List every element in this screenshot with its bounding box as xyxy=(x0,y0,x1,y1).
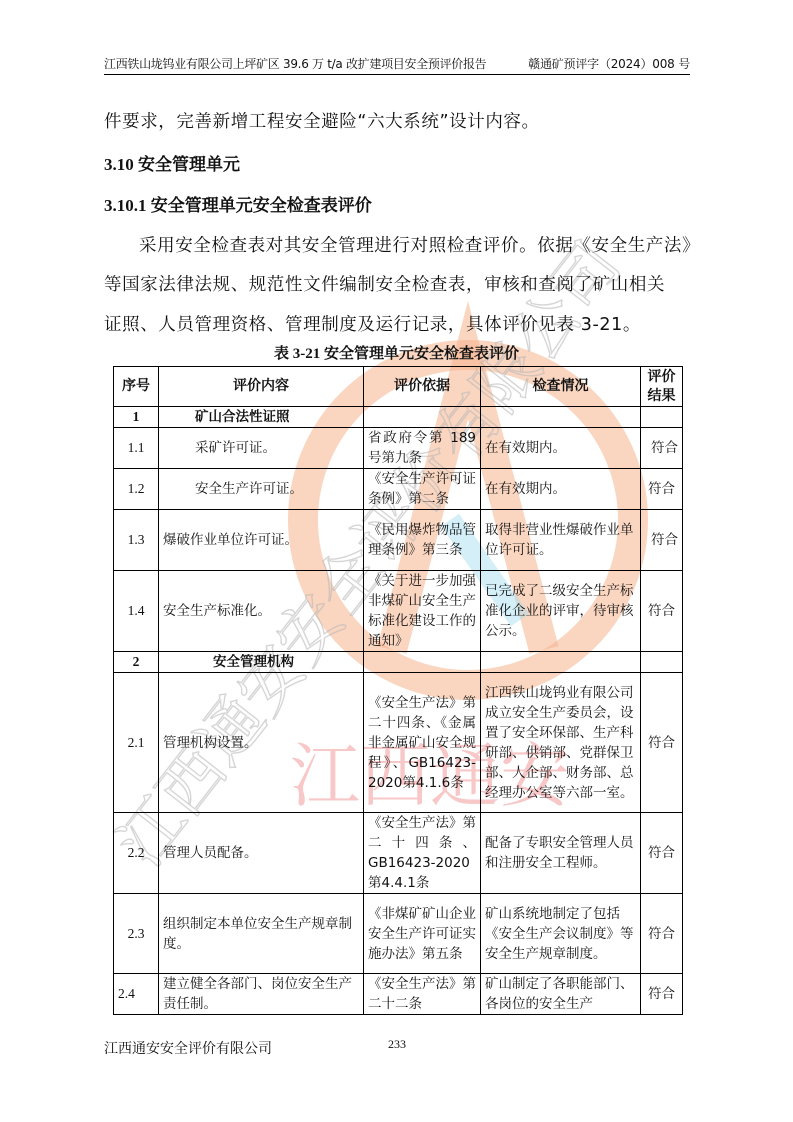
row-basis xyxy=(364,407,481,428)
table-row: 1.4 安全生产标准化。 《关于进一步加强非煤矿山安全生产标准化建设工作的通知》… xyxy=(114,571,683,652)
row-basis: 《民用爆炸物品管理条例》第三条 xyxy=(364,510,481,571)
row-result: 符合 xyxy=(641,428,683,469)
header-check: 检查情况 xyxy=(481,367,641,407)
row-no: 1.1 xyxy=(114,428,159,469)
table-row: 1.1 采矿许可证。 省政府令第 189 号第九条 在有效期内。 符合 xyxy=(114,428,683,469)
row-basis: 省政府令第 189 号第九条 xyxy=(364,428,481,469)
row-check: 在有效期内。 xyxy=(481,469,641,510)
row-content: 组织制定本单位安全生产规章制度。 xyxy=(159,894,364,974)
safety-checklist-table: 序号 评价内容 评价依据 检查情况 评价结果 1 矿山合法性证照 1.1 采矿许… xyxy=(113,366,683,1015)
page-number: 233 xyxy=(388,1037,406,1052)
table-row: 2.4 建立健全各部门、岗位安全生产责任制。 《安全生产法》第二十二条 矿山制定… xyxy=(114,974,683,1015)
row-basis: 《非煤矿矿山企业安全生产许可证实施办法》第五条 xyxy=(364,894,481,974)
row-result: 符合 xyxy=(641,510,683,571)
row-no: 2 xyxy=(114,652,159,673)
document-page: 江西通安 江西通安安全评价有限公司 江西铁山垅钨业有限公司上坪矿区 39.6 万… xyxy=(0,0,793,1122)
table-row: 2.1 管理机构设置。 《安全生产法》第二十四条、《金属非金属矿山安全规程》、G… xyxy=(114,673,683,813)
page-header: 江西铁山垅钨业有限公司上坪矿区 39.6 万 t/a 改扩建项目安全预评价报告 … xyxy=(104,56,690,75)
row-result: 符合 xyxy=(641,813,683,894)
row-basis xyxy=(364,652,481,673)
row-result: 符合 xyxy=(641,673,683,813)
footer-company: 江西通安安全评价有限公司 xyxy=(104,1038,272,1058)
row-result xyxy=(641,407,683,428)
row-no: 2.4 xyxy=(114,974,159,1015)
table-row-section-1: 1 矿山合法性证照 xyxy=(114,407,683,428)
subsection-heading: 3.10.1 安全管理单元安全检查表评价 xyxy=(104,191,372,216)
table-row: 1.3 爆破作业单位许可证。 《民用爆炸物品管理条例》第三条 取得非营业性爆破作… xyxy=(114,510,683,571)
row-check: 已完成了二级安全生产标准化企业的评审，待审核公示。 xyxy=(481,571,641,652)
row-no: 1.2 xyxy=(114,469,159,510)
row-no: 2.3 xyxy=(114,894,159,974)
header-no: 序号 xyxy=(114,367,159,407)
row-basis: 《安全生产许可证条例》第二条 xyxy=(364,469,481,510)
row-content: 管理人员配备。 xyxy=(159,813,364,894)
row-no: 2.2 xyxy=(114,813,159,894)
table-row-section-2: 2 安全管理机构 xyxy=(114,652,683,673)
row-check: 矿山系统地制定了包括《安全生产会议制度》等安全生产规章制度。 xyxy=(481,894,641,974)
row-check: 取得非营业性爆破作业单位许可证。 xyxy=(481,510,641,571)
row-content: 采矿许可证。 xyxy=(159,428,364,469)
row-content: 建立健全各部门、岗位安全生产责任制。 xyxy=(159,974,364,1015)
row-content: 安全生产标准化。 xyxy=(159,571,364,652)
paragraph-line-3: 证照、人员管理资格、管理制度及运行记录，具体评价见表 3-21。 xyxy=(104,311,641,336)
row-content: 矿山合法性证照 xyxy=(159,407,364,428)
row-basis: 《安全生产法》第二十四条、GB16423-2020第4.4.1条 xyxy=(364,813,481,894)
row-check: 在有效期内。 xyxy=(481,428,641,469)
row-content: 管理机构设置。 xyxy=(159,673,364,813)
header-content: 评价内容 xyxy=(159,367,364,407)
row-basis: 《安全生产法》第二十四条、《金属非金属矿山安全规程》、GB16423-2020第… xyxy=(364,673,481,813)
row-result: 符合 xyxy=(641,571,683,652)
continuation-text: 件要求，完善新增工程安全避险“六大系统”设计内容。 xyxy=(104,108,540,133)
row-content: 爆破作业单位许可证。 xyxy=(159,510,364,571)
table-row: 2.3 组织制定本单位安全生产规章制度。 《非煤矿矿山企业安全生产许可证实施办法… xyxy=(114,894,683,974)
row-check xyxy=(481,652,641,673)
row-result: 符合 xyxy=(641,894,683,974)
row-no: 1 xyxy=(114,407,159,428)
row-content: 安全管理机构 xyxy=(159,652,364,673)
header-basis: 评价依据 xyxy=(364,367,481,407)
row-no: 2.1 xyxy=(114,673,159,813)
document-number: 赣通矿预评字（2024）008 号 xyxy=(528,56,690,72)
paragraph-line-2: 等国家法律法规、规范性文件编制安全检查表，审核和查阅了矿山相关 xyxy=(104,271,665,296)
section-heading: 3.10 安全管理单元 xyxy=(104,150,240,175)
row-content: 安全生产许可证。 xyxy=(159,469,364,510)
row-basis: 《关于进一步加强非煤矿山安全生产标准化建设工作的通知》 xyxy=(364,571,481,652)
table-caption: 表 3-21 安全管理单元安全检查表评价 xyxy=(0,342,793,363)
row-basis: 《安全生产法》第二十二条 xyxy=(364,974,481,1015)
row-check: 江西铁山垅钨业有限公司成立安全生产委员会，设置了安全环保部、生产科研部、供销部、… xyxy=(481,673,641,813)
row-result: 符合 xyxy=(641,974,683,1015)
table-row: 2.2 管理人员配备。 《安全生产法》第二十四条、GB16423-2020第4.… xyxy=(114,813,683,894)
paragraph-line-1: 采用安全检查表对其安全管理进行对照检查评价。依据《安全生产法》 xyxy=(139,232,700,257)
row-check: 配备了专职安全管理人员和注册安全工程师。 xyxy=(481,813,641,894)
row-result: 符合 xyxy=(641,469,683,510)
table-header-row: 序号 评价内容 评价依据 检查情况 评价结果 xyxy=(114,367,683,407)
row-no: 1.3 xyxy=(114,510,159,571)
row-check: 矿山制定了各职能部门、各岗位的安全生产 xyxy=(481,974,641,1015)
report-title: 江西铁山垅钨业有限公司上坪矿区 39.6 万 t/a 改扩建项目安全预评价报告 xyxy=(104,56,486,72)
header-result: 评价结果 xyxy=(641,367,683,407)
table-row: 1.2 安全生产许可证。 《安全生产许可证条例》第二条 在有效期内。 符合 xyxy=(114,469,683,510)
row-no: 1.4 xyxy=(114,571,159,652)
row-result xyxy=(641,652,683,673)
row-check xyxy=(481,407,641,428)
